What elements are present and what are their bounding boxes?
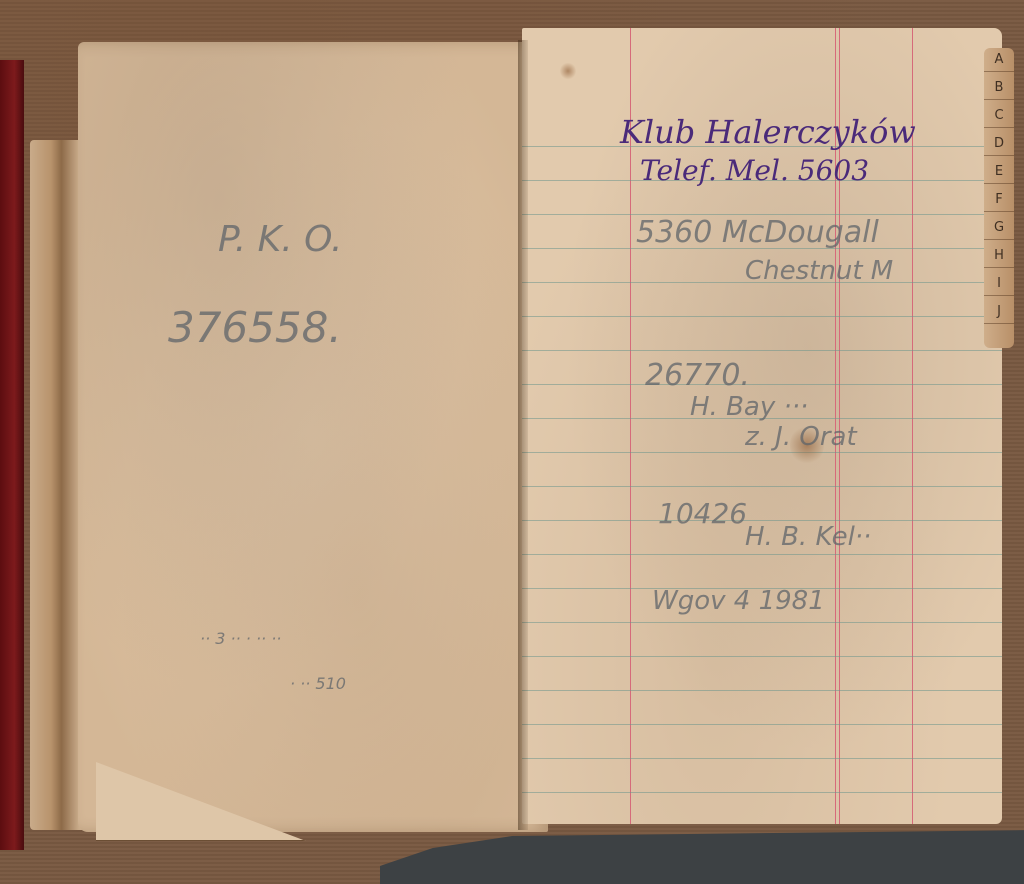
pencil-note: P. K. O. bbox=[218, 219, 342, 260]
index-tab-b: B bbox=[984, 76, 1014, 100]
rule-line bbox=[522, 622, 1002, 623]
rule-line bbox=[522, 554, 1002, 555]
faint-note: ·· 3 ·· · ·· ·· bbox=[200, 629, 281, 648]
index-tab-g: G bbox=[984, 216, 1014, 240]
index-tab-d: D bbox=[984, 132, 1014, 156]
index-tab-strip: ABCDEFGHIJ bbox=[984, 48, 1014, 348]
ink-heading: Klub Halerczyków bbox=[620, 113, 916, 151]
rule-line bbox=[522, 520, 1002, 521]
pencil-entry: H. Bay ··· bbox=[690, 392, 808, 422]
ink-heading: Telef. Mel. 5603 bbox=[640, 154, 869, 187]
red-spine bbox=[0, 60, 24, 850]
left-page bbox=[78, 42, 548, 832]
index-tab-c: C bbox=[984, 104, 1014, 128]
rule-line bbox=[522, 350, 1002, 351]
pencil-note: 376558. bbox=[168, 303, 342, 352]
pencil-entry: 26770. bbox=[645, 358, 750, 393]
rule-line bbox=[522, 384, 1002, 385]
pencil-entry: 5360 McDougall bbox=[636, 215, 879, 250]
rule-line bbox=[522, 452, 1002, 453]
rule-line bbox=[522, 690, 1002, 691]
faint-note: · ·· 510 bbox=[290, 674, 346, 693]
ink-spot bbox=[560, 62, 576, 80]
index-tab-f: F bbox=[984, 188, 1014, 212]
index-tab-h: H bbox=[984, 244, 1014, 268]
pencil-entry: z. J. Orat bbox=[745, 422, 857, 452]
rule-line bbox=[522, 486, 1002, 487]
pencil-entry: 10426 bbox=[658, 497, 747, 530]
index-tab-j: J bbox=[984, 300, 1014, 324]
index-tab-e: E bbox=[984, 160, 1014, 184]
rule-line bbox=[522, 758, 1002, 759]
pencil-entry: H. B. Kel·· bbox=[745, 522, 871, 552]
index-tab-i: I bbox=[984, 272, 1014, 296]
book-gutter bbox=[518, 40, 528, 830]
rule-line bbox=[522, 656, 1002, 657]
index-tab-a: A bbox=[984, 48, 1014, 72]
pencil-entry: Wgov 4 1981 bbox=[652, 586, 825, 616]
pencil-entry: Chestnut M bbox=[745, 256, 893, 286]
rule-line bbox=[522, 792, 1002, 793]
rule-line bbox=[522, 316, 1002, 317]
rule-line bbox=[522, 724, 1002, 725]
